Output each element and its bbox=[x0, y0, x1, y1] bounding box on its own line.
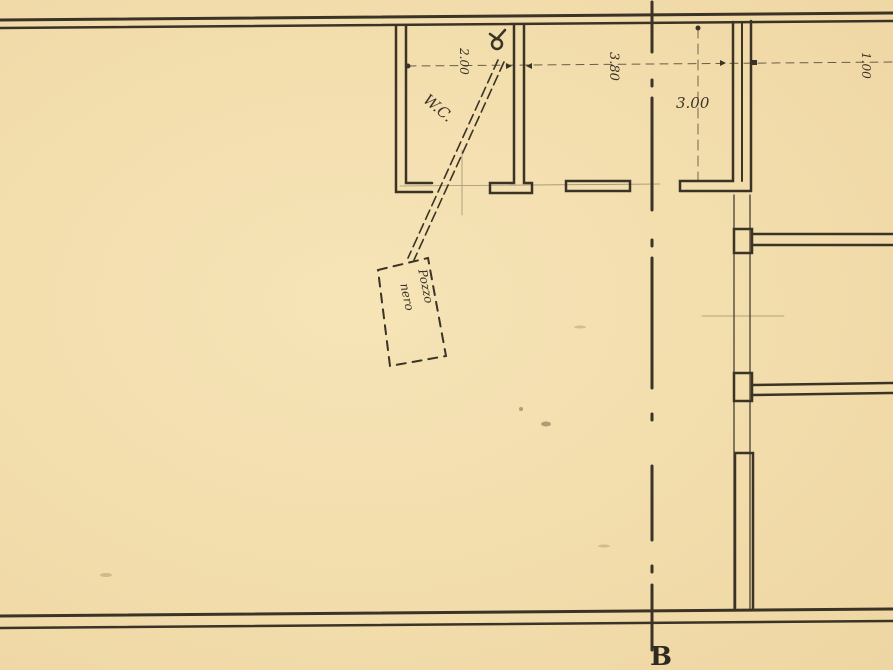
floor-plan-sheet: 2.00 3.80 3.00 1.00 W.C. Pozzo nero B bbox=[0, 0, 893, 670]
septic-tank-outline bbox=[378, 258, 446, 366]
paper-stains bbox=[100, 326, 610, 578]
top-exterior-wall bbox=[0, 13, 893, 28]
section-marker-label: B bbox=[650, 644, 672, 670]
dimension-label-room-depth: 3.00 bbox=[676, 96, 709, 111]
toilet-fixture-icon bbox=[490, 30, 505, 49]
dimension-label-corridor-width: 3.80 bbox=[607, 52, 620, 81]
axis-guides bbox=[400, 150, 784, 316]
drain-pipe bbox=[408, 60, 504, 260]
bottom-exterior-wall bbox=[0, 609, 893, 628]
dimension-label-wc-width: 2.00 bbox=[458, 48, 470, 75]
partition-stub bbox=[566, 181, 630, 191]
right-partition-upper bbox=[734, 229, 893, 253]
right-partition-lower bbox=[734, 373, 893, 401]
floor-plan-drawing bbox=[0, 0, 893, 670]
right-vertical-wall bbox=[734, 195, 750, 610]
dimension-label-right-width: 1.00 bbox=[860, 52, 872, 79]
dimension-line-top bbox=[408, 62, 893, 66]
